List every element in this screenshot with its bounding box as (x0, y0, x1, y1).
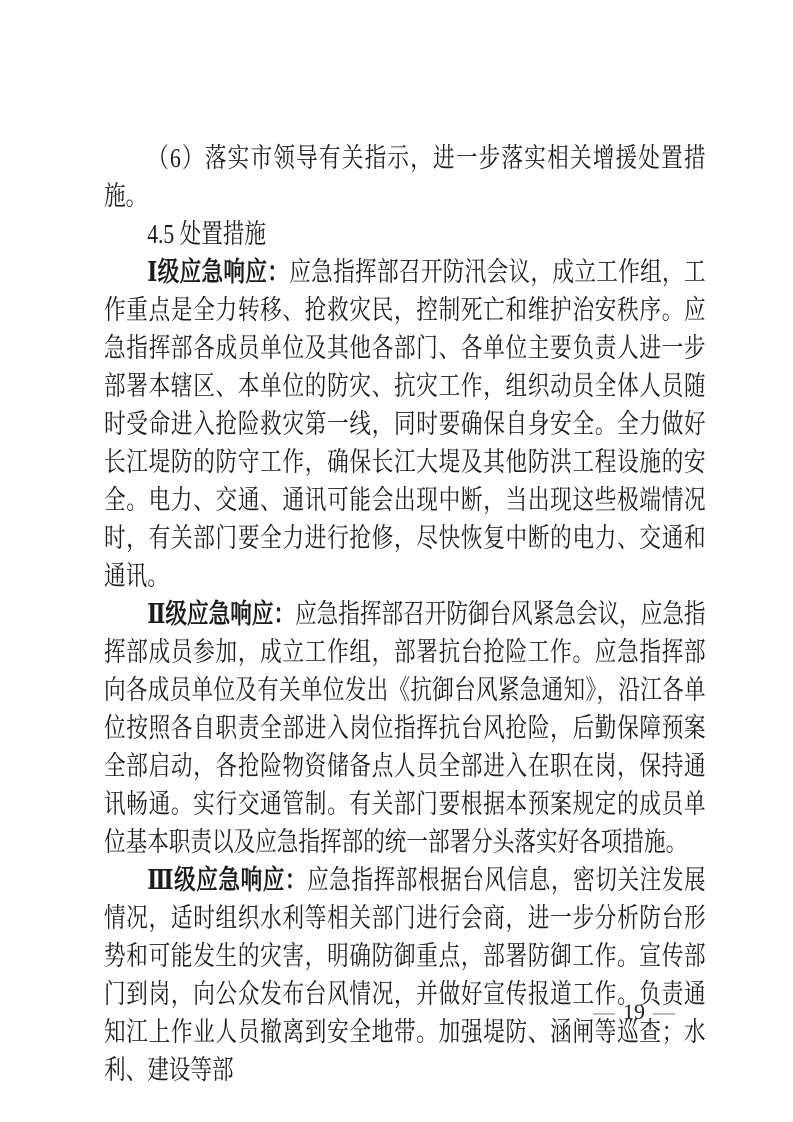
paragraph-level-1-response: Ⅰ级应急响应：应急指挥部召开防汛会议，成立工作组，工作重点是全力转移、抢救灾民，… (104, 253, 706, 595)
paragraph-text: 应急指挥部根据台风信息，密切关注发展情况，适时组织水利等相关部门进行会商，进一步… (104, 865, 706, 1085)
response-level-1-label: Ⅰ级应急响应： (147, 257, 289, 287)
paragraph-level-3-response: Ⅲ级应急响应：应急指挥部根据台风信息，密切关注发展情况，适时组织水利等相关部门进… (104, 861, 706, 1089)
paragraph-item-6: （6）落实市领导有关指示，进一步落实相关增援处置措施。 (104, 139, 706, 215)
paragraph-text: （6）落实市领导有关指示，进一步落实相关增援处置措施。 (104, 143, 706, 211)
document-page: （6）落实市领导有关指示，进一步落实相关增援处置措施。 4.5 处置措施 Ⅰ级应… (0, 0, 793, 1122)
document-body: （6）落实市领导有关指示，进一步落实相关增援处置措施。 4.5 处置措施 Ⅰ级应… (104, 139, 706, 1089)
page-number: 19 (623, 999, 645, 1024)
paragraph-text: 应急指挥部召开防御台风紧急会议，应急指挥部成员参加，成立工作组，部署抗台抢险工作… (104, 599, 706, 857)
footer-dash-right: — (653, 999, 675, 1024)
response-level-3-label: Ⅲ级应急响应： (147, 865, 307, 895)
response-level-2-label: Ⅱ级应急响应： (147, 599, 295, 629)
section-heading-4-5: 4.5 处置措施 (104, 215, 706, 253)
paragraph-text: 应急指挥部召开防汛会议，成立工作组，工作重点是全力转移、抢救灾民，控制死亡和维护… (104, 257, 706, 591)
section-heading-text: 4.5 处置措施 (147, 219, 266, 249)
paragraph-level-2-response: Ⅱ级应急响应：应急指挥部召开防御台风紧急会议，应急指挥部成员参加，成立工作组，部… (104, 595, 706, 861)
footer-dash-left: — (593, 999, 615, 1024)
page-footer: —19— (593, 1000, 675, 1024)
